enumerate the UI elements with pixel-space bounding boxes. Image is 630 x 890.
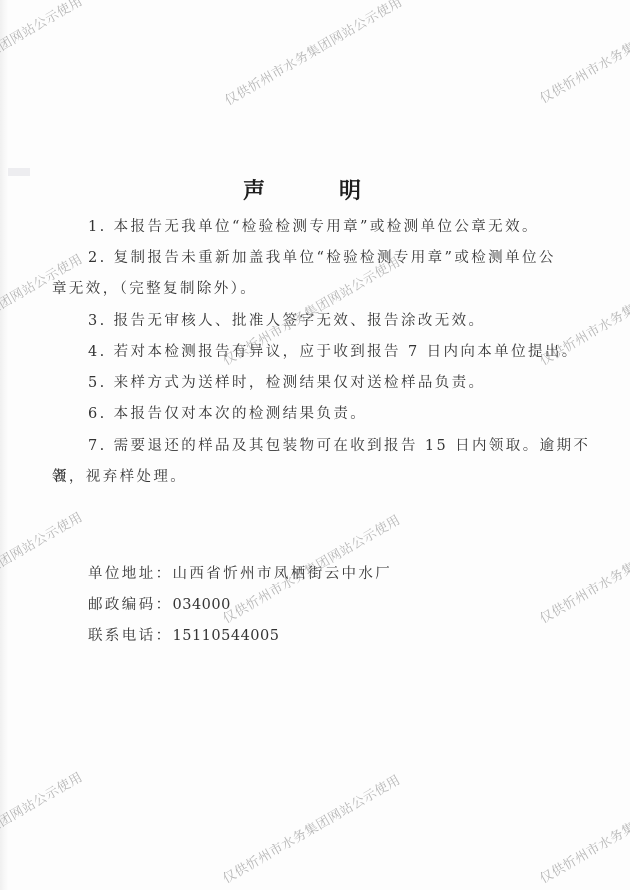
page-title: 声 明 [0, 174, 630, 205]
postcode-label: 邮政编码： [88, 597, 173, 613]
watermark-bottom-right: 仅供忻州市水务集 [536, 817, 630, 887]
contact-postcode: 邮政编码：034000 [88, 590, 231, 621]
contact-phone: 联系电话：15110544005 [88, 621, 279, 652]
clause-6: 6. 本报告仅对本次的检测结果负责。 [52, 399, 592, 430]
watermark-bottom-center: 仅供忻州市水务集团网站公示使用 [219, 769, 404, 887]
phone-label: 联系电话： [88, 628, 173, 644]
watermark-top-center: 仅供忻州市水务集团网站公示使用 [221, 0, 406, 109]
watermark-bottom-left: 集团网站公示使用 [0, 767, 86, 837]
watermark-top-right: 仅供忻州市水务集 [536, 37, 630, 107]
phone-value: 15110544005 [173, 628, 280, 644]
clause-5: 5. 来样方式为送样时，检测结果仅对送检样品负责。 [52, 368, 592, 399]
address-label: 单位地址： [88, 566, 173, 582]
watermark-lower-right: 仅供忻州市水务集 [536, 557, 630, 627]
clause-1: 1. 本报告无我单位“检验检测专用章”或检测单位公章无效。 [52, 212, 592, 243]
clause-7-continued: 者，视弃样处理。 [52, 462, 592, 493]
clause-2: 2. 复制报告未重新加盖我单位“检验检测专用章”或检测单位公 [52, 243, 592, 274]
document-page: 声 明 1. 本报告无我单位“检验检测专用章”或检测单位公章无效。 2. 复制报… [0, 0, 630, 890]
watermark-lower-left: 集团网站公示使用 [0, 507, 86, 577]
contact-address: 单位地址：山西省忻州市凤栖街云中水厂 [88, 559, 392, 590]
watermark-top-left: 集团网站公示使用 [0, 0, 86, 61]
scan-edge-shadow [0, 0, 8, 890]
clause-4: 4. 若对本检测报告有异议，应于收到报告 7 日内向本单位提出。 [52, 337, 592, 368]
